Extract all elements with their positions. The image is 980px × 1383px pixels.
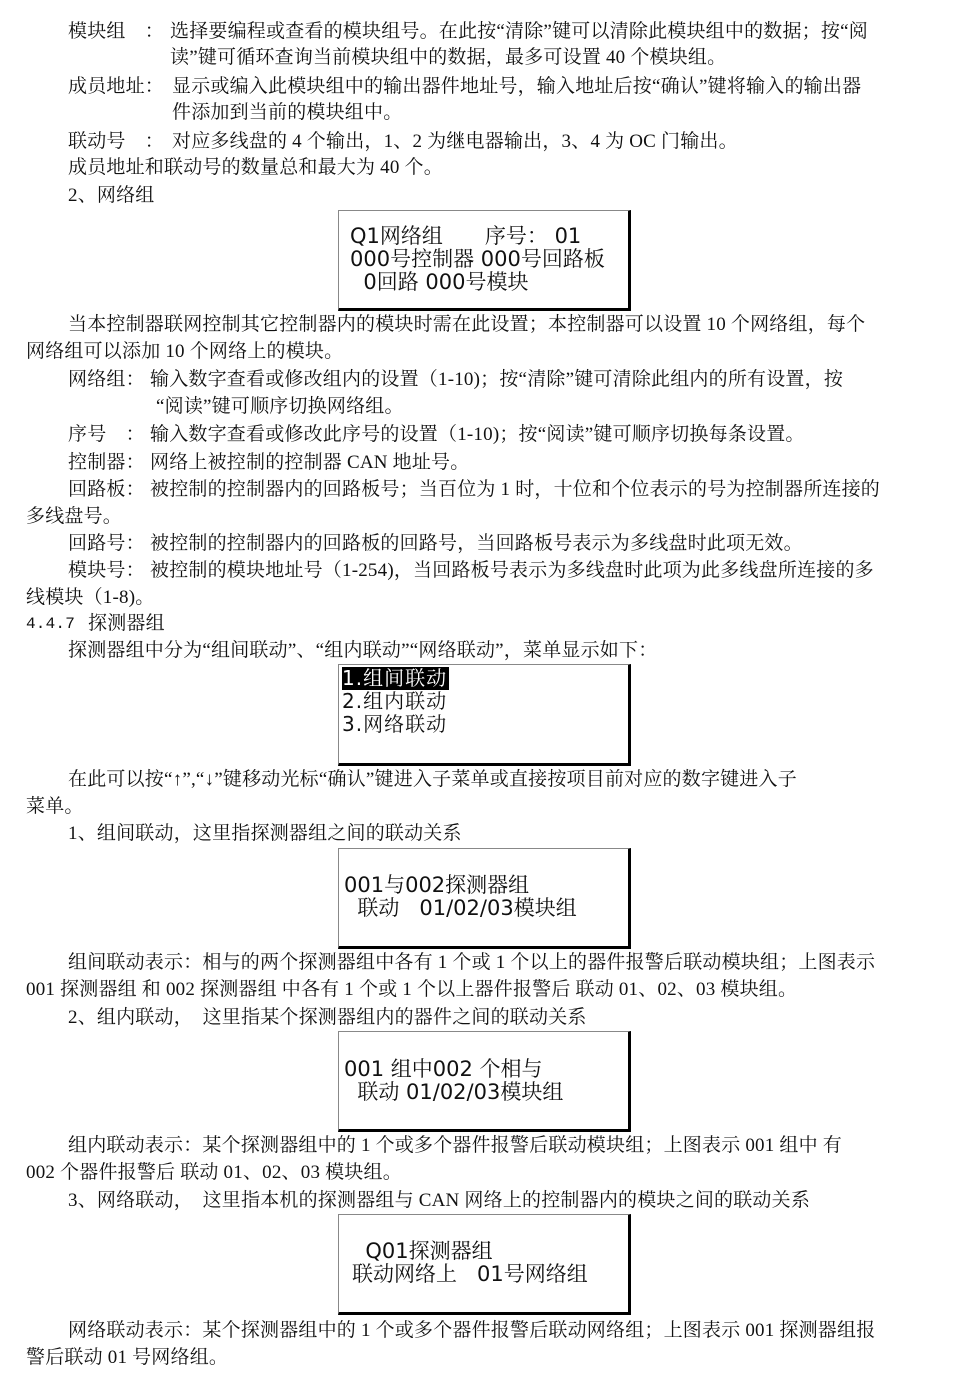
field-desc-network-group: 输入数字查看或修改组内的设置（1-10)；按“清除”键可清除此组内的所有设置，按 [150, 367, 843, 393]
lcd-row: 联动 01/02/03模块组 [344, 1080, 563, 1104]
intra-group-heading: 2、组内联动， 这里指某个探测器组内的器件之间的联动关系 [68, 1005, 587, 1031]
network-linkage-heading: 3、网络联动， 这里指本机的探测器组与 CAN 网络上的控制器内的模块之间的联动… [68, 1188, 810, 1214]
field-desc-module-no-cont: 线模块（1-8)。 [26, 585, 154, 611]
lcd-row: 000号控制器 000号回路板 [350, 247, 605, 271]
field-desc-loop-board-cont: 多线盘号。 [26, 504, 122, 530]
total-note: 成员地址和联动号的数量总和最大为 40 个。 [68, 155, 443, 181]
network-linkage-lcd-screen: Q01探测器组 联动网络上 01号网络组 [338, 1214, 631, 1315]
field-desc-loop-no: 被控制的控制器内的回路板的回路号，当回路板号表示为多线盘时此项无效。 [150, 531, 803, 557]
field-label-controller: 控制器： [68, 450, 145, 476]
field-desc-loop-board: 被控制的控制器内的回路板号；当百位为 1 时，十位和个位表示的号为控制器所连接的 [150, 477, 880, 503]
module-group-desc-line1: 选择要编程或查看的模块组号。在此按“清除”键可以清除此模块组中的数据；按“阅 [170, 19, 868, 45]
lcd-row: Q1网络组 序号： 01 [350, 224, 581, 248]
section-number: 4.4.7 [26, 611, 75, 637]
lcd-row: Q01探测器组 [352, 1239, 493, 1263]
intra-group-desc-line2: 002 个器件报警后 联动 01、02、03 模块组。 [26, 1160, 402, 1186]
detector-menu-lcd-screen: 1.组间联动 2.组内联动 3.网络联动 [338, 664, 631, 766]
detector-group-intro: 探测器组中分为“组间联动”、“组内联动”“网络联动”，菜单显示如下： [68, 638, 657, 664]
inter-group-lcd-screen: 001与002探测器组 联动 01/02/03模块组 [338, 848, 631, 949]
field-label-loop-no: 回路号： [68, 531, 145, 557]
intra-group-lcd-screen: 001 组中002 个相与 联动 01/02/03模块组 [338, 1031, 631, 1132]
inter-group-desc-line2: 001 探测器组 和 002 探测器组 中各有 1 个或 1 个以上器件报警后 … [26, 977, 797, 1003]
intra-group-desc-line1: 组内联动表示：某个探测器组中的 1 个或多个器件报警后联动模块组；上图表示 00… [68, 1133, 842, 1159]
lcd-row: 联动 01/02/03模块组 [344, 896, 577, 920]
module-group-desc-line2: 读”键可循环查询当前模块组中的数据，最多可设置 40 个模块组。 [170, 45, 726, 71]
navigation-note-line2: 菜单。 [26, 794, 84, 820]
network-intro-line2: 网络组可以添加 10 个网络上的模块。 [26, 339, 343, 365]
section-title: 探测器组 [88, 611, 165, 637]
network-intro-line1: 当本控制器联网控制其它控制器内的模块时需在此设置；本控制器可以设置 10 个网络… [68, 312, 865, 338]
field-desc-network-group-cont: “阅读”键可顺序切换网络组。 [156, 394, 404, 420]
member-address-desc-line2: 件添加到当前的模块组中。 [172, 100, 402, 126]
network-linkage-desc-line2: 警后联动 01 号网络组。 [26, 1345, 228, 1371]
navigation-note-line1: 在此可以按“↑”,“↓”键移动光标“确认”键进入子菜单或直接按项目前对应的数字键… [68, 767, 797, 793]
network-linkage-desc-line1: 网络联动表示：某个探测器组中的 1 个或多个器件报警后联动网络组；上图表示 00… [68, 1318, 875, 1344]
network-group-lcd-screen: Q1网络组 序号： 01 000号控制器 000号回路板 0回路 000号模块 [338, 210, 631, 311]
module-group-label: 模块组 ： [68, 19, 164, 45]
field-label-network-group: 网络组： [68, 367, 145, 393]
menu-item-network-linkage[interactable]: 3.网络联动 [342, 713, 447, 736]
lcd-row: 001与002探测器组 [344, 873, 529, 897]
member-address-desc-line1: 显示或编入此模块组中的输出器件地址号，输入地址后按“确认”键将输入的输出器 [172, 74, 861, 100]
inter-group-heading: 1、组间联动，这里指探测器组之间的联动关系 [68, 821, 462, 847]
menu-item-intra-group-linkage[interactable]: 2.组内联动 [342, 690, 447, 713]
field-label-loop-board: 回路板： [68, 477, 145, 503]
menu-item-inter-group-linkage[interactable]: 1.组间联动 [342, 667, 449, 690]
linkage-no-label: 联动号 ： [68, 129, 164, 155]
lcd-row: 0回路 000号模块 [350, 270, 528, 294]
field-label-sequence: 序号 ： [68, 422, 145, 448]
inter-group-desc-line1: 组间联动表示：相与的两个探测器组中各有 1 个或 1 个以上的器件报警后联动模块… [68, 950, 875, 976]
lcd-row: 001 组中002 个相与 [344, 1057, 543, 1081]
network-group-heading: 2、网络组 [68, 183, 155, 209]
field-desc-controller: 网络上被控制的控制器 CAN 地址号。 [150, 450, 469, 476]
field-desc-sequence: 输入数字查看或修改此序号的设置（1-10)；按“阅读”键可顺序切换每条设置。 [150, 422, 805, 448]
member-address-label: 成员地址： [68, 74, 164, 100]
linkage-no-desc: 对应多线盘的 4 个输出，1、2 为继电器输出，3、4 为 OC 门输出。 [172, 129, 738, 155]
field-label-module-no: 模块号： [68, 558, 145, 584]
lcd-row: 联动网络上 01号网络组 [352, 1262, 588, 1286]
field-desc-module-no: 被控制的模块地址号（1-254)，当回路板号表示为多线盘时此项为此多线盘所连接的… [150, 558, 874, 584]
